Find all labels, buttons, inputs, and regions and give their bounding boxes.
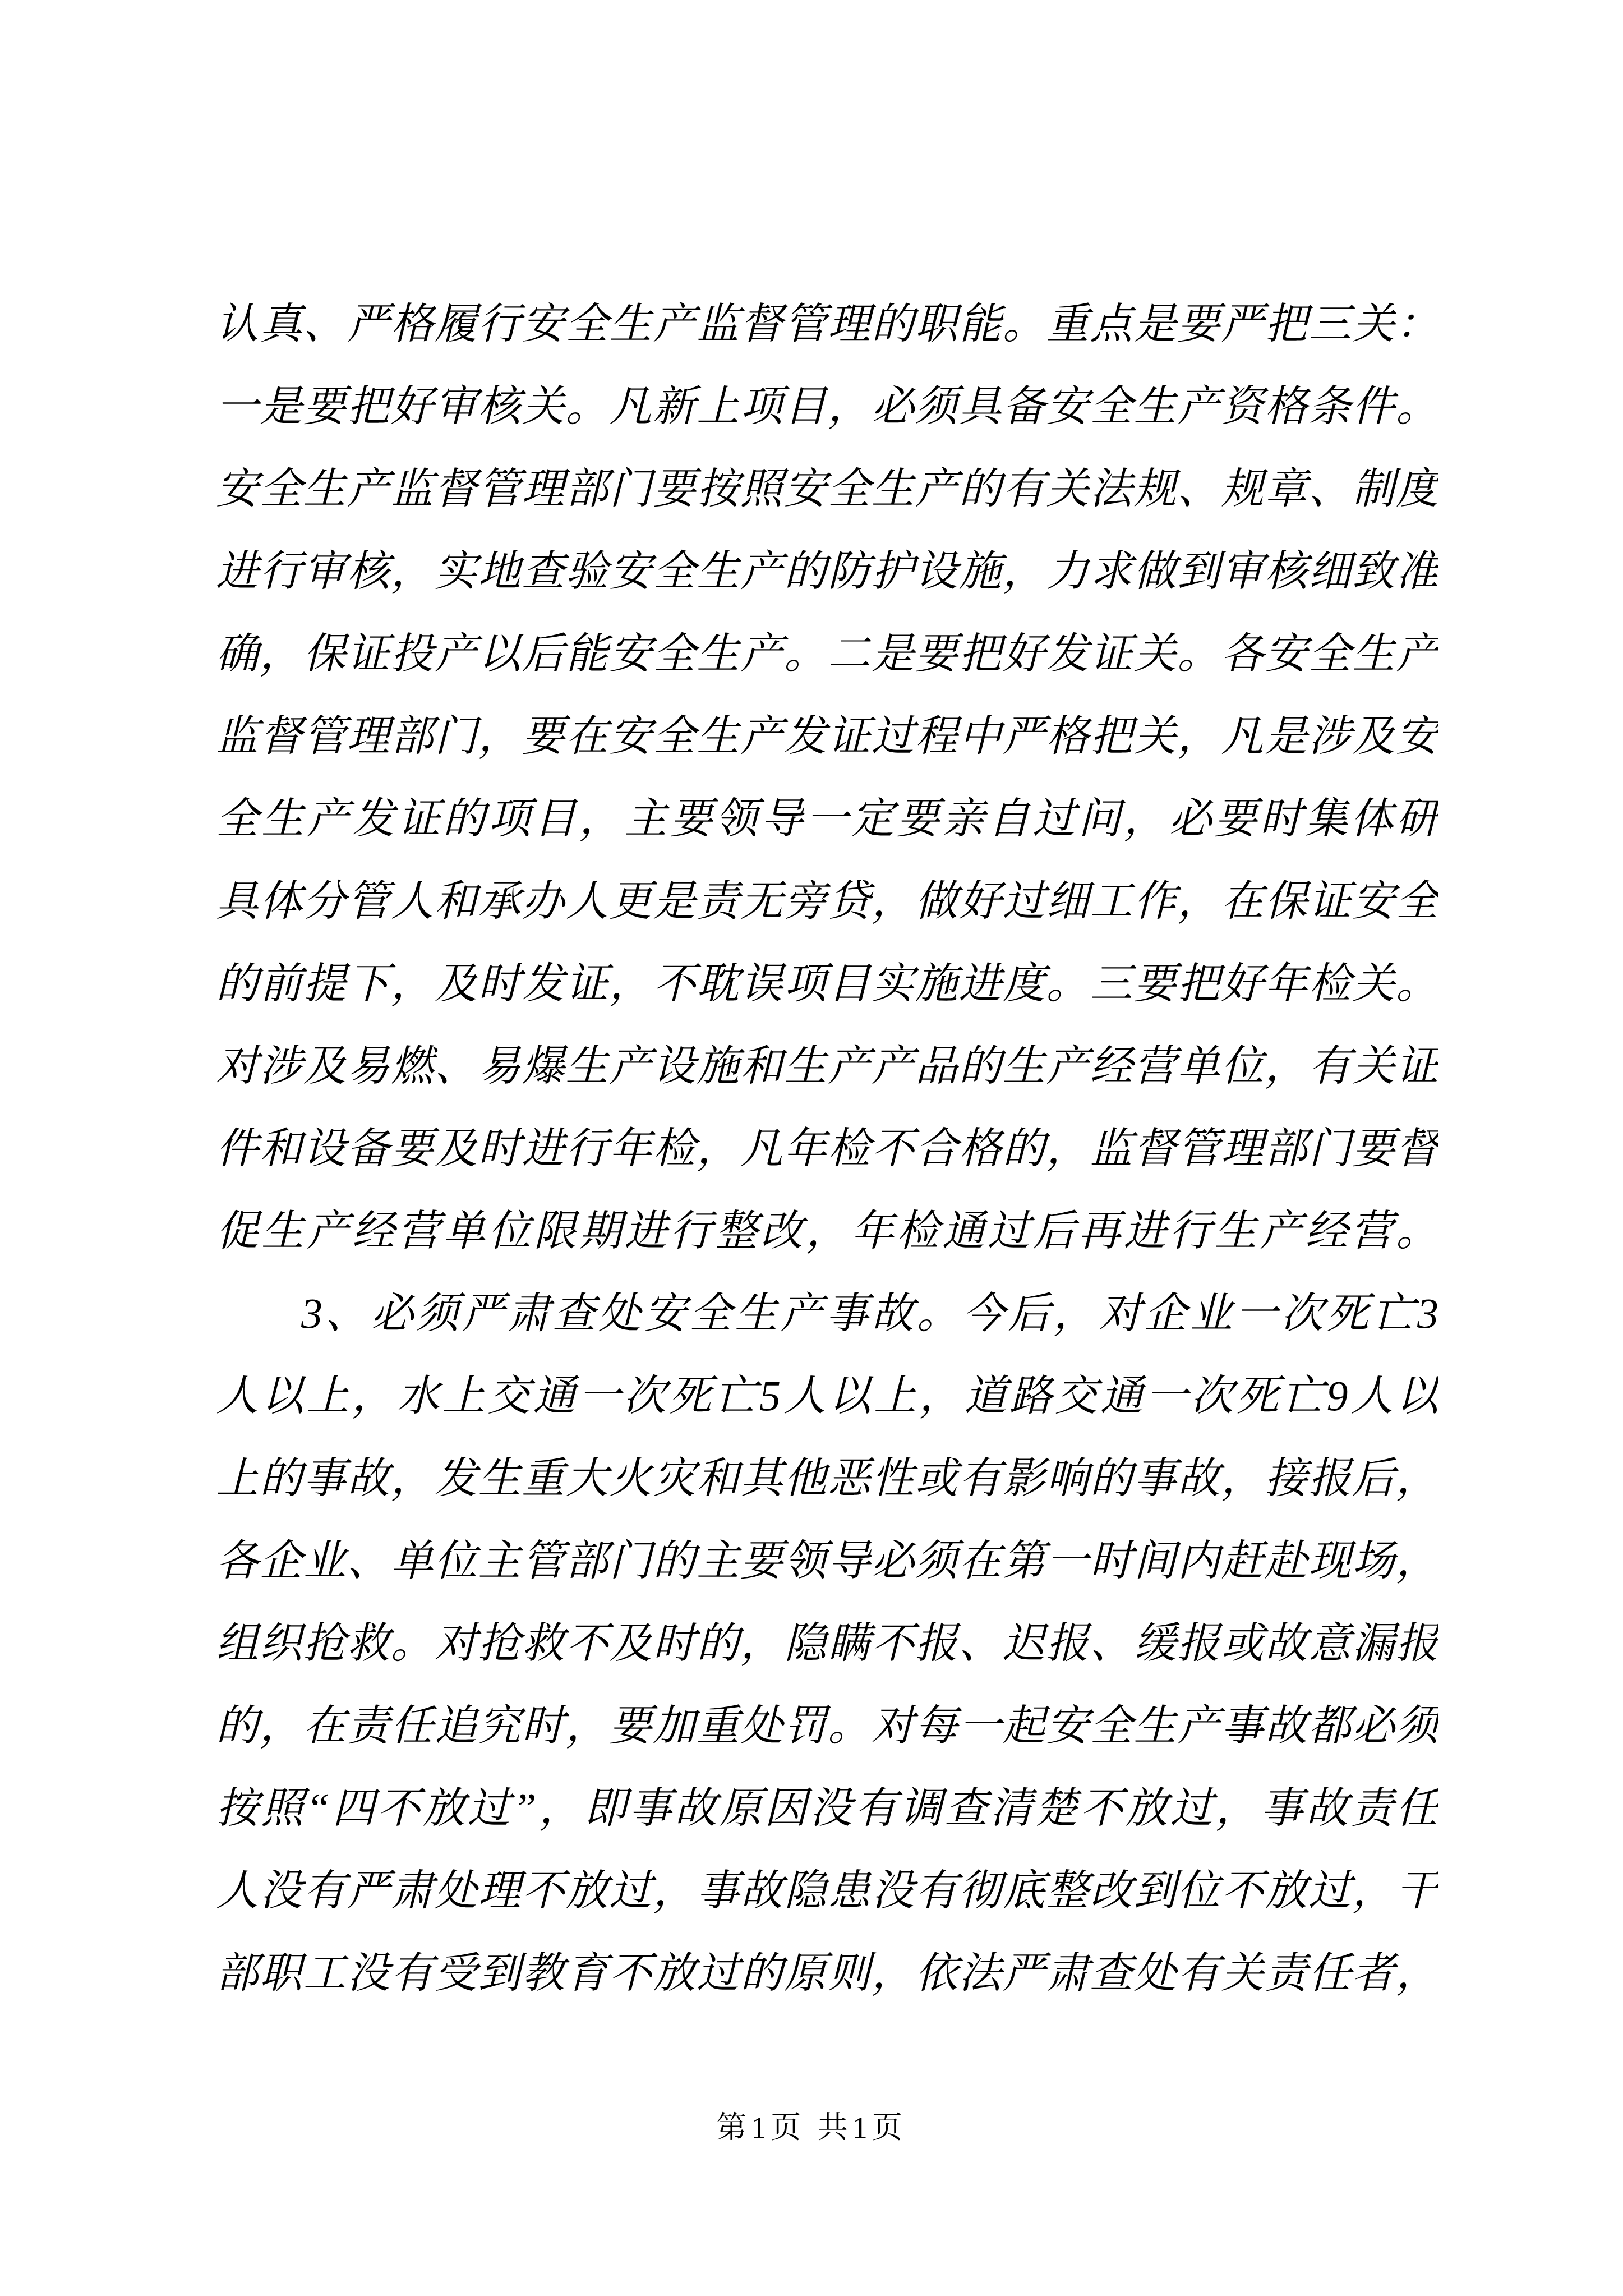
text-line: 3、必须严肃查处安全生产事故。今后，对企业一次死亡3 (216, 1273, 1438, 1355)
text-line: 认真、严格履行安全生产监督管理的职能。重点是要严把三关： (216, 283, 1438, 366)
text-line: 组织抢救。对抢救不及时的，隐瞒不报、迟报、缓报或故意漏报 (216, 1603, 1438, 1685)
text-line: 具体分管人和承办人更是责无旁贷，做好过细工作，在保证安全 (216, 861, 1438, 943)
text-line: 上的事故，发生重大火灾和其他恶性或有影响的事故，接报后， (216, 1438, 1438, 1520)
text-line: 进行审核，实地查验安全生产的防护设施，力求做到审核细致准 (216, 531, 1438, 613)
text-line: 件和设备要及时进行年检，凡年检不合格的，监督管理部门要督 (216, 1108, 1438, 1190)
text-line: 全生产发证的项目，主要领导一定要亲自过问，必要时集体研究， (216, 778, 1438, 861)
text-line: 人以上，水上交通一次死亡5人以上，道路交通一次死亡9人以 (216, 1355, 1438, 1438)
text-line: 对涉及易燃、易爆生产设施和生产产品的生产经营单位，有关证 (216, 1025, 1438, 1108)
text-line: 的，在责任追究时，要加重处罚。对每一起安全生产事故都必须 (216, 1685, 1438, 1768)
page-footer: 第1页 共1页 (0, 2104, 1623, 2147)
text-line: 促生产经营单位限期进行整改，年检通过后再进行生产经营。 (216, 1190, 1438, 1273)
text-line: 一是要把好审核关。凡新上项目，必须具备安全生产资格条件。 (216, 366, 1438, 448)
text-line: 按照“四不放过”，即事故原因没有调查清楚不放过，事故责任 (216, 1768, 1438, 1850)
text-line: 安全生产监督管理部门要按照安全生产的有关法规、规章、制度 (216, 448, 1438, 531)
text-line: 各企业、单位主管部门的主要领导必须在第一时间内赶赴现场， (216, 1520, 1438, 1603)
text-line: 部职工没有受到教育不放过的原则，依法严肃查处有关责任者， (216, 1932, 1438, 2015)
text-line: 确，保证投产以后能安全生产。二是要把好发证关。各安全生产 (216, 613, 1438, 696)
text-line: 监督管理部门，要在安全生产发证过程中严格把关，凡是涉及安 (216, 696, 1438, 778)
text-line: 的前提下，及时发证，不耽误项目实施进度。三要把好年检关。 (216, 943, 1438, 1025)
text-line: 人没有严肃处理不放过，事故隐患没有彻底整改到位不放过，干 (216, 1850, 1438, 1932)
document-page: 认真、严格履行安全生产监督管理的职能。重点是要严把三关：一是要把好审核关。凡新上… (0, 0, 1623, 2296)
document-body: 认真、严格履行安全生产监督管理的职能。重点是要严把三关：一是要把好审核关。凡新上… (216, 283, 1438, 2015)
